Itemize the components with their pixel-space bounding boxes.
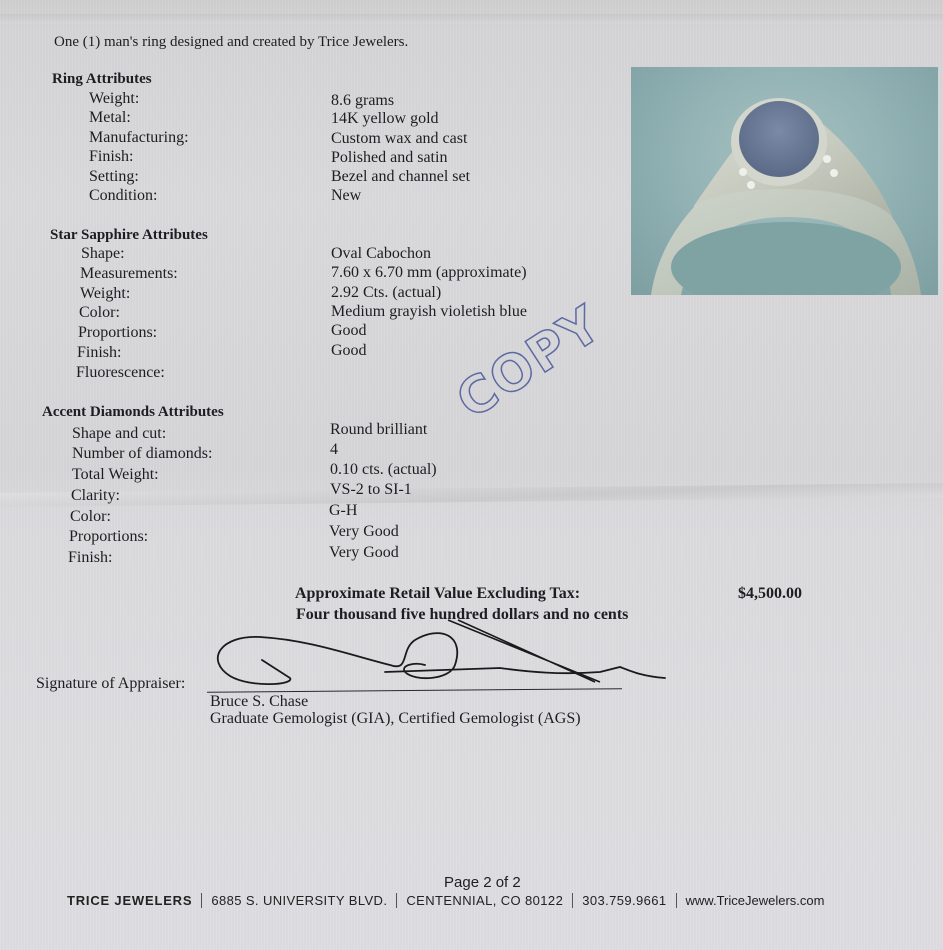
paper-fold [0, 14, 943, 24]
section-title-diamonds: Accent Diamonds Attributes [42, 404, 224, 421]
row-label: Weight: [80, 285, 130, 303]
row-label: Setting: [89, 168, 139, 186]
row-label: Finish: [77, 344, 121, 362]
footer-divider [396, 893, 397, 908]
footer-divider [572, 893, 573, 908]
appraiser-credentials: Graduate Gemologist (GIA), Certified Gem… [210, 710, 581, 728]
row-label: Shape and cut: [72, 425, 166, 443]
ring-photo [631, 67, 938, 295]
row-label: Finish: [68, 549, 112, 567]
appraiser-name: Bruce S. Chase [210, 693, 308, 711]
row-label: Clarity: [71, 487, 120, 505]
row-label: Shape: [81, 245, 125, 263]
row-value: 7.60 x 6.70 mm (approximate) [331, 264, 527, 282]
row-value: G-H [329, 502, 357, 520]
row-value: Good [331, 322, 367, 340]
row-label: Metal: [89, 109, 131, 127]
section-title-ring: Ring Attributes [52, 71, 152, 88]
ring-illustration-icon [631, 67, 938, 295]
row-label: Color: [79, 304, 120, 322]
valuation-heading: Approximate Retail Value Excluding Tax: [295, 585, 580, 603]
page-number: Page 2 of 2 [444, 874, 521, 891]
row-value: 2.92 Cts. (actual) [331, 284, 441, 302]
row-value: VS-2 to SI-1 [330, 481, 412, 499]
row-label: Number of diamonds: [72, 445, 212, 463]
row-label: Total Weight: [72, 466, 159, 484]
section-title-sapphire: Star Sapphire Attributes [50, 227, 208, 244]
signature-scribble-icon [200, 610, 680, 690]
row-value: Medium grayish violetish blue [331, 303, 527, 321]
footer-city: CENTENNIAL, CO 80122 [406, 893, 563, 908]
row-label: Condition: [89, 187, 157, 205]
letterhead-footer: TRICE JEWELERS 6885 S. UNIVERSITY BLVD. … [67, 893, 824, 908]
footer-phone: 303.759.9661 [582, 893, 666, 908]
row-label: Proportions: [78, 324, 157, 342]
row-label: Finish: [89, 148, 133, 166]
row-label: Measurements: [80, 265, 178, 283]
footer-brand: TRICE JEWELERS [67, 893, 192, 908]
footer-divider [676, 893, 677, 908]
row-label: Manufacturing: [89, 129, 189, 147]
row-value: Polished and satin [331, 149, 447, 167]
footer-address: 6885 S. UNIVERSITY BLVD. [211, 893, 387, 908]
row-value: 8.6 grams [331, 92, 394, 110]
row-label: Fluorescence: [76, 364, 165, 382]
row-value: 0.10 cts. (actual) [330, 461, 437, 479]
row-label: Proportions: [69, 528, 148, 546]
row-value: 4 [330, 441, 338, 459]
row-value: New [331, 187, 361, 205]
footer-divider [201, 893, 202, 908]
row-value: Bezel and channel set [331, 168, 470, 186]
row-label: Weight: [89, 90, 139, 108]
signature-label: Signature of Appraiser: [36, 675, 185, 693]
row-value: Round brilliant [330, 421, 427, 439]
row-label: Color: [70, 508, 111, 526]
row-value: Oval Cabochon [331, 245, 431, 263]
footer-website: www.TriceJewelers.com [686, 893, 825, 908]
row-value: Very Good [329, 544, 399, 562]
row-value: Very Good [329, 523, 399, 541]
row-value: 14K yellow gold [331, 110, 439, 128]
valuation-amount: $4,500.00 [738, 585, 802, 603]
row-value: Custom wax and cast [331, 130, 467, 148]
intro-text: One (1) man's ring designed and created … [54, 34, 408, 51]
row-value: Good [331, 342, 367, 360]
